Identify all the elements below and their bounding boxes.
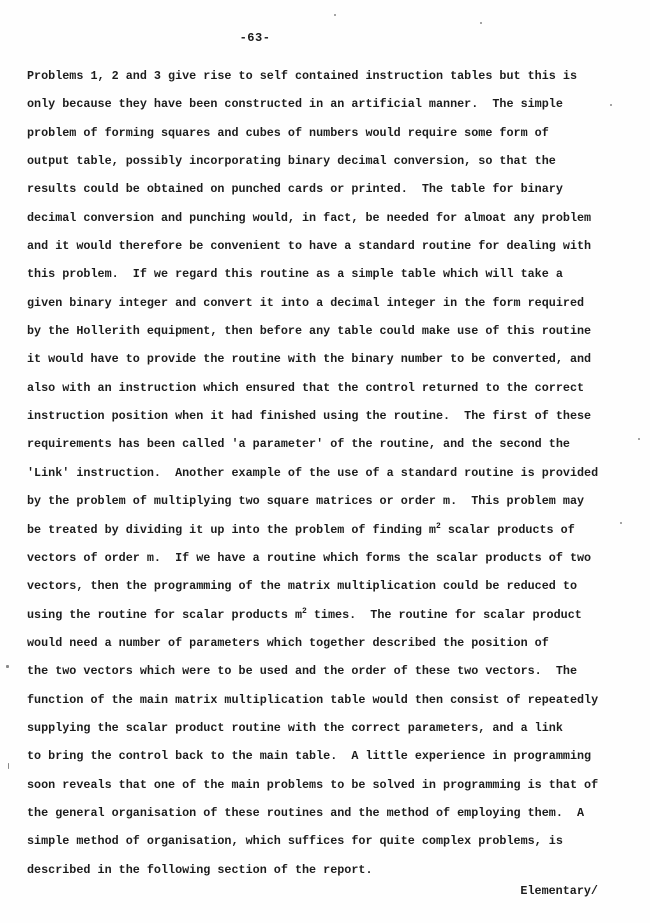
text-line: this problem. If we regard this routine … (27, 260, 637, 288)
text-line: the two vectors which were to be used an… (27, 657, 637, 685)
scan-speck (8, 763, 9, 769)
body-paragraph: Problems 1, 2 and 3 give rise to self co… (27, 62, 637, 884)
text-line: the general organisation of these routin… (27, 799, 637, 827)
superscript: 2 (302, 607, 307, 616)
text-line: vectors of order m. If we have a routine… (27, 544, 637, 572)
text-line: vectors, then the programming of the mat… (27, 572, 637, 600)
text-line: described in the following section of th… (27, 856, 637, 884)
text-line: supplying the scalar product routine wit… (27, 714, 637, 742)
scan-speck (6, 665, 9, 668)
text-line: it would have to provide the routine wit… (27, 345, 637, 373)
text-line: Problems 1, 2 and 3 give rise to self co… (27, 62, 637, 90)
text-line: to bring the control back to the main ta… (27, 742, 637, 770)
text-line: results could be obtained on punched car… (27, 175, 637, 203)
text-line: and it would therefore be convenient to … (27, 232, 637, 260)
scan-speck (638, 438, 640, 440)
scan-speck (620, 522, 622, 524)
text-line: simple method of organisation, which suf… (27, 827, 637, 855)
text-line: given binary integer and convert it into… (27, 289, 637, 317)
document-page: -63- Problems 1, 2 and 3 give rise to se… (0, 0, 650, 923)
text-line: instruction position when it had finishe… (27, 402, 637, 430)
text-line: soon reveals that one of the main proble… (27, 771, 637, 799)
scan-speck (480, 22, 482, 24)
text-line: requirements has been called 'a paramete… (27, 430, 637, 458)
text-line: by the problem of multiplying two square… (27, 487, 637, 515)
text-line: be treated by dividing it up into the pr… (27, 516, 637, 544)
text-line: only because they have been constructed … (27, 90, 637, 118)
text-line: using the routine for scalar products m2… (27, 601, 637, 629)
superscript: 2 (436, 522, 441, 531)
text-line: decimal conversion and punching would, i… (27, 204, 637, 232)
text-line: also with an instruction which ensured t… (27, 374, 637, 402)
text-line: problem of forming squares and cubes of … (27, 119, 637, 147)
catchword: Elementary/ (520, 884, 598, 898)
text-line: would need a number of parameters which … (27, 629, 637, 657)
text-line: function of the main matrix multiplicati… (27, 686, 637, 714)
text-line: output table, possibly incorporating bin… (27, 147, 637, 175)
text-line: 'Link' instruction. Another example of t… (27, 459, 637, 487)
scan-speck (334, 14, 336, 16)
page-number: -63- (0, 31, 510, 45)
text-line: by the Hollerith equipment, then before … (27, 317, 637, 345)
scan-speck (610, 104, 612, 106)
